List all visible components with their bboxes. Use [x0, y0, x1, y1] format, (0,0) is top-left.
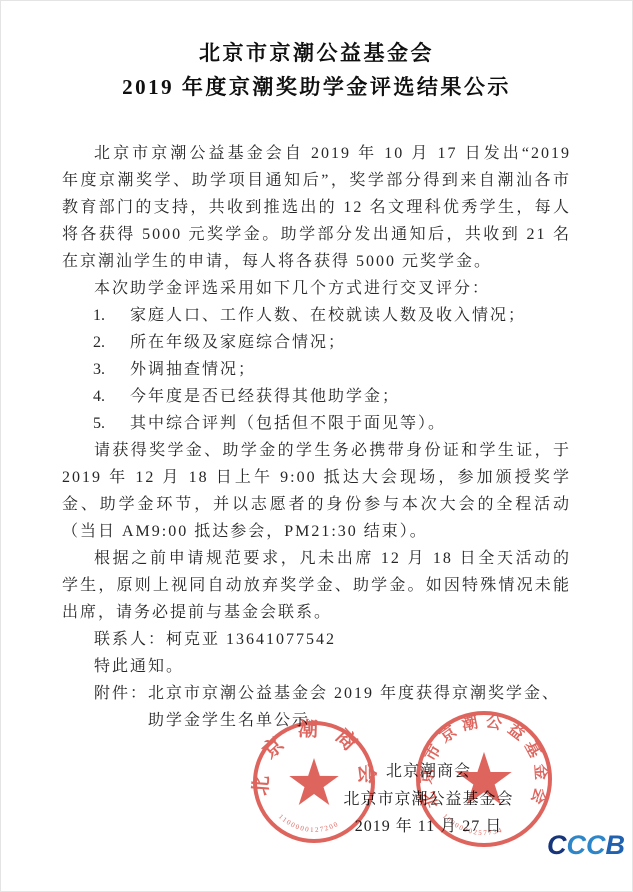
seal-left-icon: 北京潮商会 1100000127200	[246, 714, 382, 850]
svg-text:1000000257734: 1000000257734	[441, 812, 504, 837]
seal-right-serial: 1000000257734	[441, 812, 504, 837]
cccb-logo: CCCB	[547, 831, 625, 859]
list-number: 4.	[93, 383, 130, 410]
document-title: 北京市京潮公益基金会 2019 年度京潮奖助学金评选结果公示	[1, 36, 632, 104]
title-line-1: 北京市京潮公益基金会	[1, 36, 632, 70]
criteria-item-1: 1. 家庭人口、工作人数、在校就读人数及收入情况；	[62, 302, 571, 329]
title-line-2: 2019 年度京潮奖助学金评选结果公示	[1, 70, 632, 104]
list-text: 今年度是否已经获得其他助学金；	[130, 383, 400, 410]
attachment-line-1: 北京市京潮公益基金会 2019 年度获得京潮奖学金、	[148, 680, 560, 707]
list-number: 2.	[93, 329, 130, 356]
list-number: 1.	[93, 302, 130, 329]
criteria-item-3: 3. 外调抽查情况；	[62, 356, 571, 383]
criteria-item-5: 5. 其中综合评判（包括但不限于面见等）。	[62, 410, 571, 437]
svg-text:1100000127200: 1100000127200	[277, 813, 340, 834]
paragraph-criteria-intro: 本次助学金评选采用如下几个方式进行交叉评分：	[62, 275, 571, 302]
seal-left-serial: 1100000127200	[277, 813, 340, 834]
seal-right-star-icon	[456, 752, 511, 805]
attachment-label: 附件：	[94, 680, 148, 734]
seal-right-icon: 北京市京潮公益基金会 1000000257734	[409, 704, 559, 854]
list-text: 外调抽查情况；	[130, 356, 256, 383]
criteria-item-2: 2. 所在年级及家庭综合情况；	[62, 329, 571, 356]
logo-letter-1: C	[547, 830, 567, 860]
list-text: 所在年级及家庭综合情况；	[130, 329, 346, 356]
document-body: 北京市京潮公益基金会自 2019 年 10 月 17 日发出“2019 年度京潮…	[62, 140, 571, 734]
criteria-item-4: 4. 今年度是否已经获得其他助学金；	[62, 383, 571, 410]
notice-line: 特此通知。	[62, 653, 571, 680]
list-text: 其中综合评判（包括但不限于面见等）。	[130, 410, 446, 437]
seal-left-star-icon	[289, 758, 338, 805]
logo-letter-4: B	[606, 830, 626, 860]
list-number: 3.	[93, 356, 130, 383]
paragraph-ceremony: 请获得奖学金、助学金的学生务必携带身份证和学生证，于 2019 年 12 月 1…	[62, 437, 571, 545]
document-page: 北京市京潮公益基金会 2019 年度京潮奖助学金评选结果公示 北京市京潮公益基金…	[0, 0, 633, 892]
paragraph-attendance: 根据之前申请规范要求，凡未出席 12 月 18 日全天活动的学生，原则上视同自动…	[62, 545, 571, 626]
list-text: 家庭人口、工作人数、在校就读人数及收入情况；	[130, 302, 526, 329]
paragraph-announcement: 北京市京潮公益基金会自 2019 年 10 月 17 日发出“2019 年度京潮…	[62, 140, 571, 275]
list-number: 5.	[93, 410, 130, 437]
logo-letter-3: C	[586, 830, 606, 860]
logo-letter-2: C	[567, 830, 587, 860]
contact-line: 联系人：柯克亚 13641077542	[62, 626, 571, 653]
